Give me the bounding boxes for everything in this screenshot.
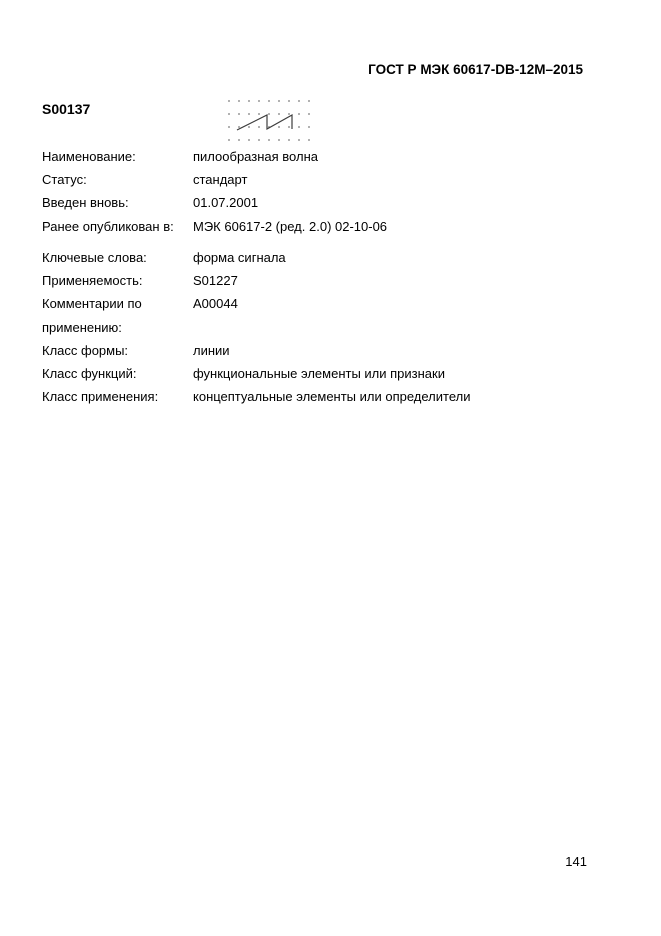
field-row-keywords: Ключевые слова: форма сигнала (42, 246, 612, 269)
field-value: пилообразная волна (193, 145, 612, 168)
field-label: Применяемость: (42, 269, 193, 292)
field-value: 01.07.2001 (193, 191, 612, 214)
standard-designation: ГОСТ Р МЭК 60617-DB-12M–2015 (368, 62, 583, 77)
field-row-function-class: Класс функций: функциональные элементы и… (42, 362, 612, 385)
field-row-introduced: Введен вновь: 01.07.2001 (42, 191, 612, 214)
field-label: Ранее опубликован в: (42, 215, 193, 238)
field-value: МЭК 60617-2 (ред. 2.0) 02-10-06 (193, 215, 612, 238)
field-value: функциональные элементы или признаки (193, 362, 612, 385)
document-page: ГОСТ Р МЭК 60617-DB-12M–2015 S00137 Наим… (0, 0, 661, 936)
field-label: Наименование: (42, 145, 193, 168)
field-label: Комментарии по применению: (42, 292, 193, 338)
symbol-dot-grid (226, 97, 312, 143)
field-group-main: Наименование: пилообразная волна Статус:… (42, 145, 612, 238)
field-value: S01227 (193, 269, 612, 292)
field-row-application-class: Класс применения: концептуальные элемент… (42, 385, 612, 408)
field-label: Класс формы: (42, 339, 193, 362)
field-row-status: Статус: стандарт (42, 168, 612, 191)
field-value: линии (193, 339, 612, 362)
field-row-shape-class: Класс формы: линии (42, 339, 612, 362)
field-row-previously-published: Ранее опубликован в: МЭК 60617-2 (ред. 2… (42, 215, 612, 238)
field-value: концептуальные элементы или определители (193, 385, 612, 408)
field-value: форма сигнала (193, 246, 612, 269)
field-value: стандарт (193, 168, 612, 191)
field-group-classification: Ключевые слова: форма сигнала Применяемо… (42, 246, 612, 408)
field-row-application-comments: Комментарии по применению: A00044 (42, 292, 612, 338)
page-number: 141 (565, 854, 587, 869)
field-label: Введен вновь: (42, 191, 193, 214)
sawtooth-wave-symbol-icon (226, 97, 312, 143)
field-value: A00044 (193, 292, 612, 315)
symbol-entry-id: S00137 (42, 101, 90, 117)
field-label: Ключевые слова: (42, 246, 193, 269)
field-row-applicability: Применяемость: S01227 (42, 269, 612, 292)
field-label: Класс функций: (42, 362, 193, 385)
field-row-name: Наименование: пилообразная волна (42, 145, 612, 168)
field-label: Статус: (42, 168, 193, 191)
field-label: Класс применения: (42, 385, 193, 408)
